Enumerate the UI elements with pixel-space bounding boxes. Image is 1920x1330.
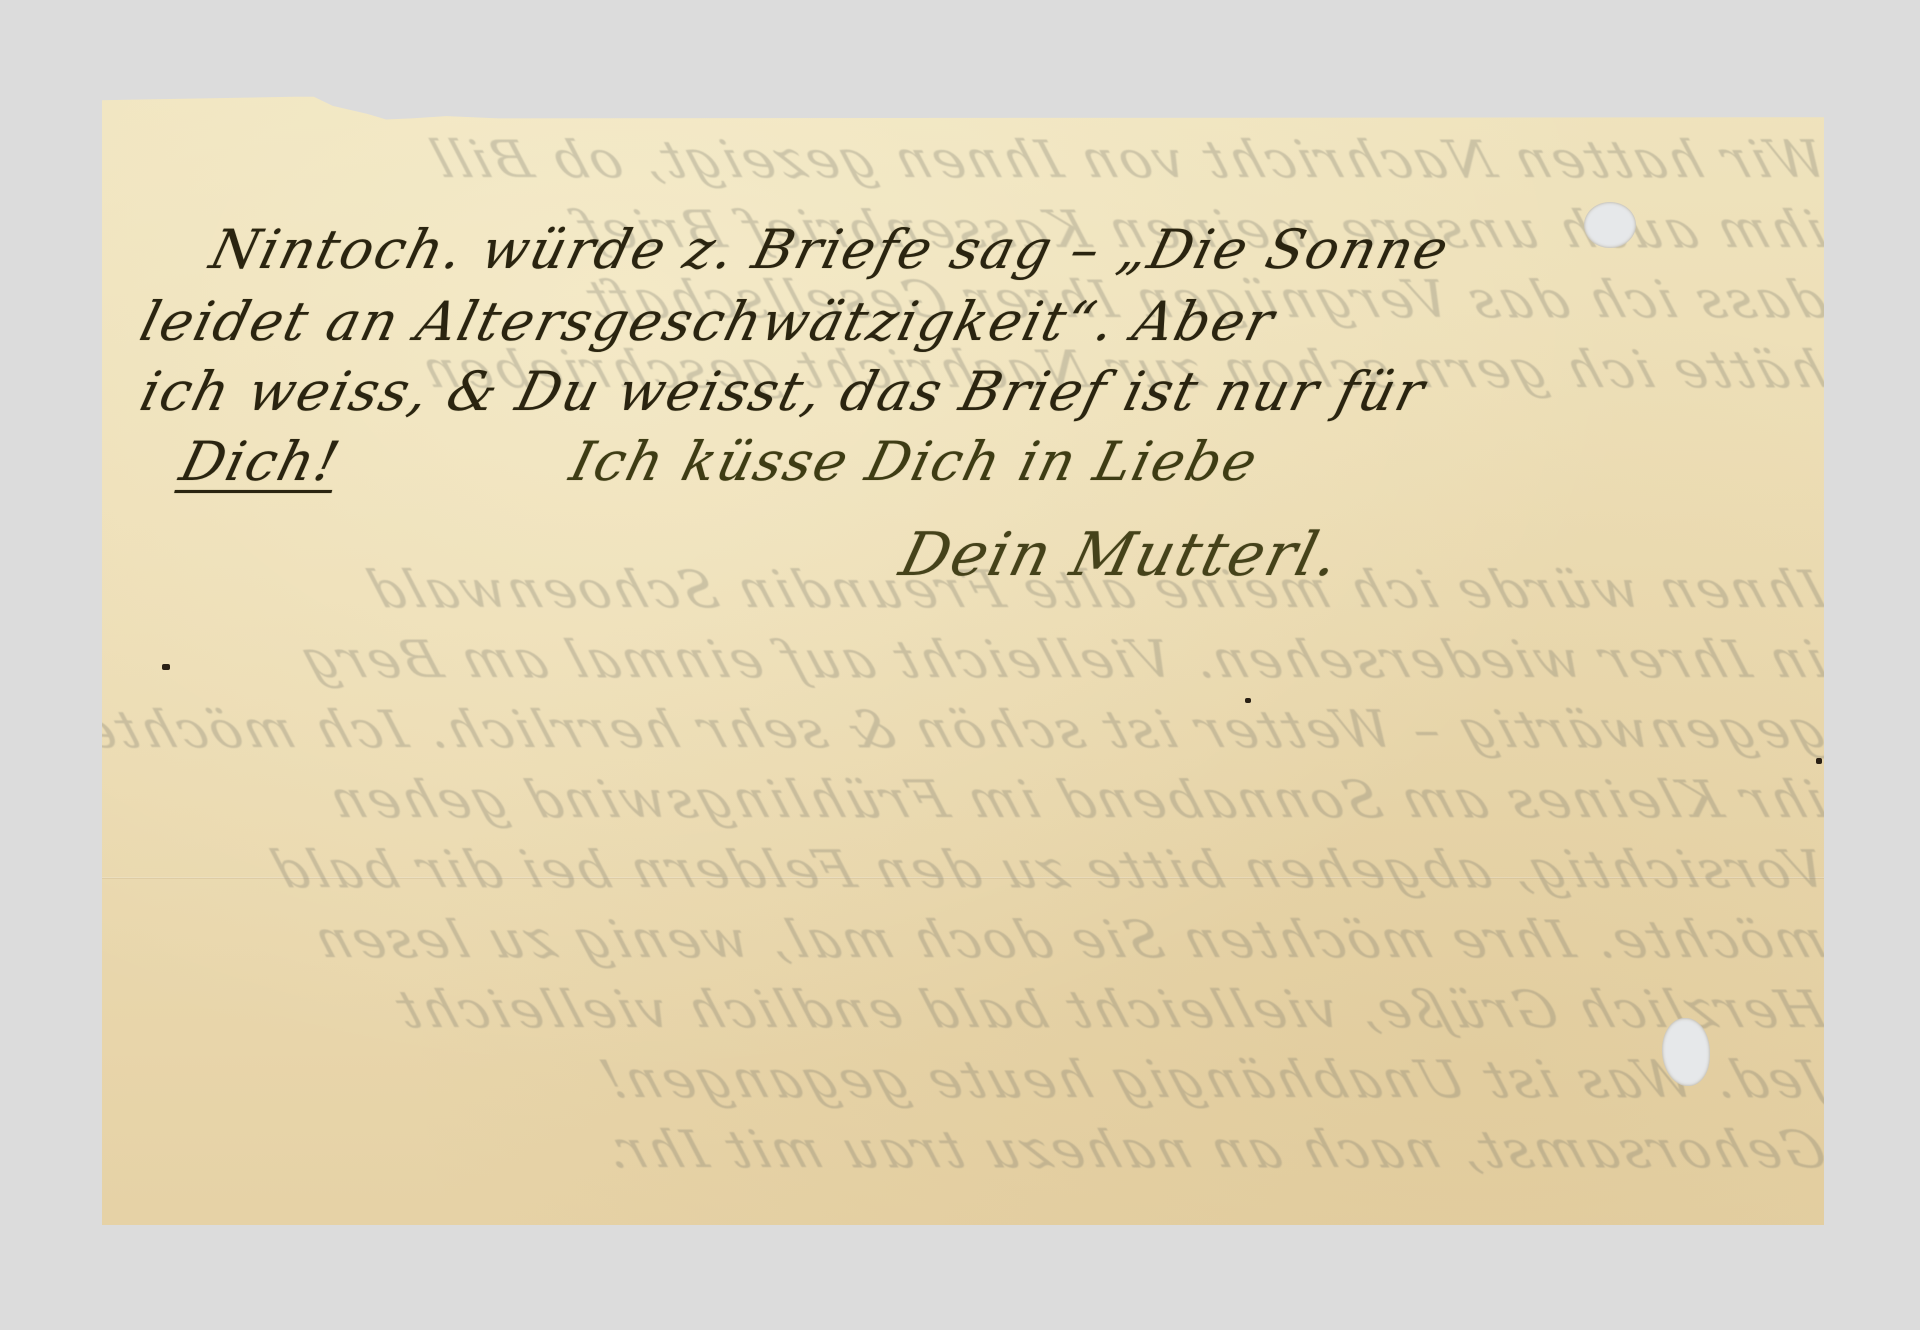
bleed-through-line: gegenwärtig – Wetter ist schön & sehr he… — [92, 700, 1833, 760]
letter-line-2: leidet an Altersgeschwätzigkeit“. Aber — [134, 290, 1282, 353]
ink-dot — [1816, 758, 1822, 764]
bleed-through-line: Wir hatten Nachricht von Ihnen gezeigt, … — [92, 130, 1833, 190]
signature: Dein Mutterl. — [893, 520, 1348, 590]
bleed-through-line: möchte. Ihre möchten Sie doch mal, wenig… — [92, 910, 1833, 970]
ink-dot — [162, 664, 170, 670]
letter-line-3: ich weiss, & Du weisst, das Brief ist nu… — [134, 360, 1432, 423]
punch-hole-top — [1584, 202, 1636, 248]
fold-line — [102, 877, 1824, 879]
letter-line-4-dich: Dich! — [174, 430, 347, 493]
letter-sheet: Wir hatten Nachricht von Ihnen gezeigt, … — [102, 90, 1824, 1225]
bleed-through-line: Gehorsamst, nach an nahezu trau mit Ihr. — [92, 1120, 1833, 1180]
bleed-through-line: ihr Kleines am Sonnabend im Frühlingswin… — [92, 770, 1833, 830]
ink-dot — [1245, 698, 1251, 703]
bleed-through-line: Vorsichtig, abgehen bitte zu den Feldern… — [92, 840, 1833, 900]
letter-line-1: Nintoch. würde z. Briefe sag – „Die Sonn… — [204, 218, 1456, 281]
bleed-through-line: Jed. Was ist Unabhängig heute gegangen! — [92, 1050, 1833, 1110]
bleed-through-line: Herzlich Grüße, vielleicht bald endlich … — [92, 980, 1833, 1040]
bleed-through-line: in Ihrer wiedersehen. Vielleicht auf ein… — [92, 630, 1833, 690]
closing-line: Ich küsse Dich in Liebe — [564, 430, 1265, 493]
scan-background: Wir hatten Nachricht von Ihnen gezeigt, … — [0, 0, 1920, 1330]
punch-hole-bottom — [1662, 1018, 1710, 1086]
torn-edge — [102, 90, 267, 94]
